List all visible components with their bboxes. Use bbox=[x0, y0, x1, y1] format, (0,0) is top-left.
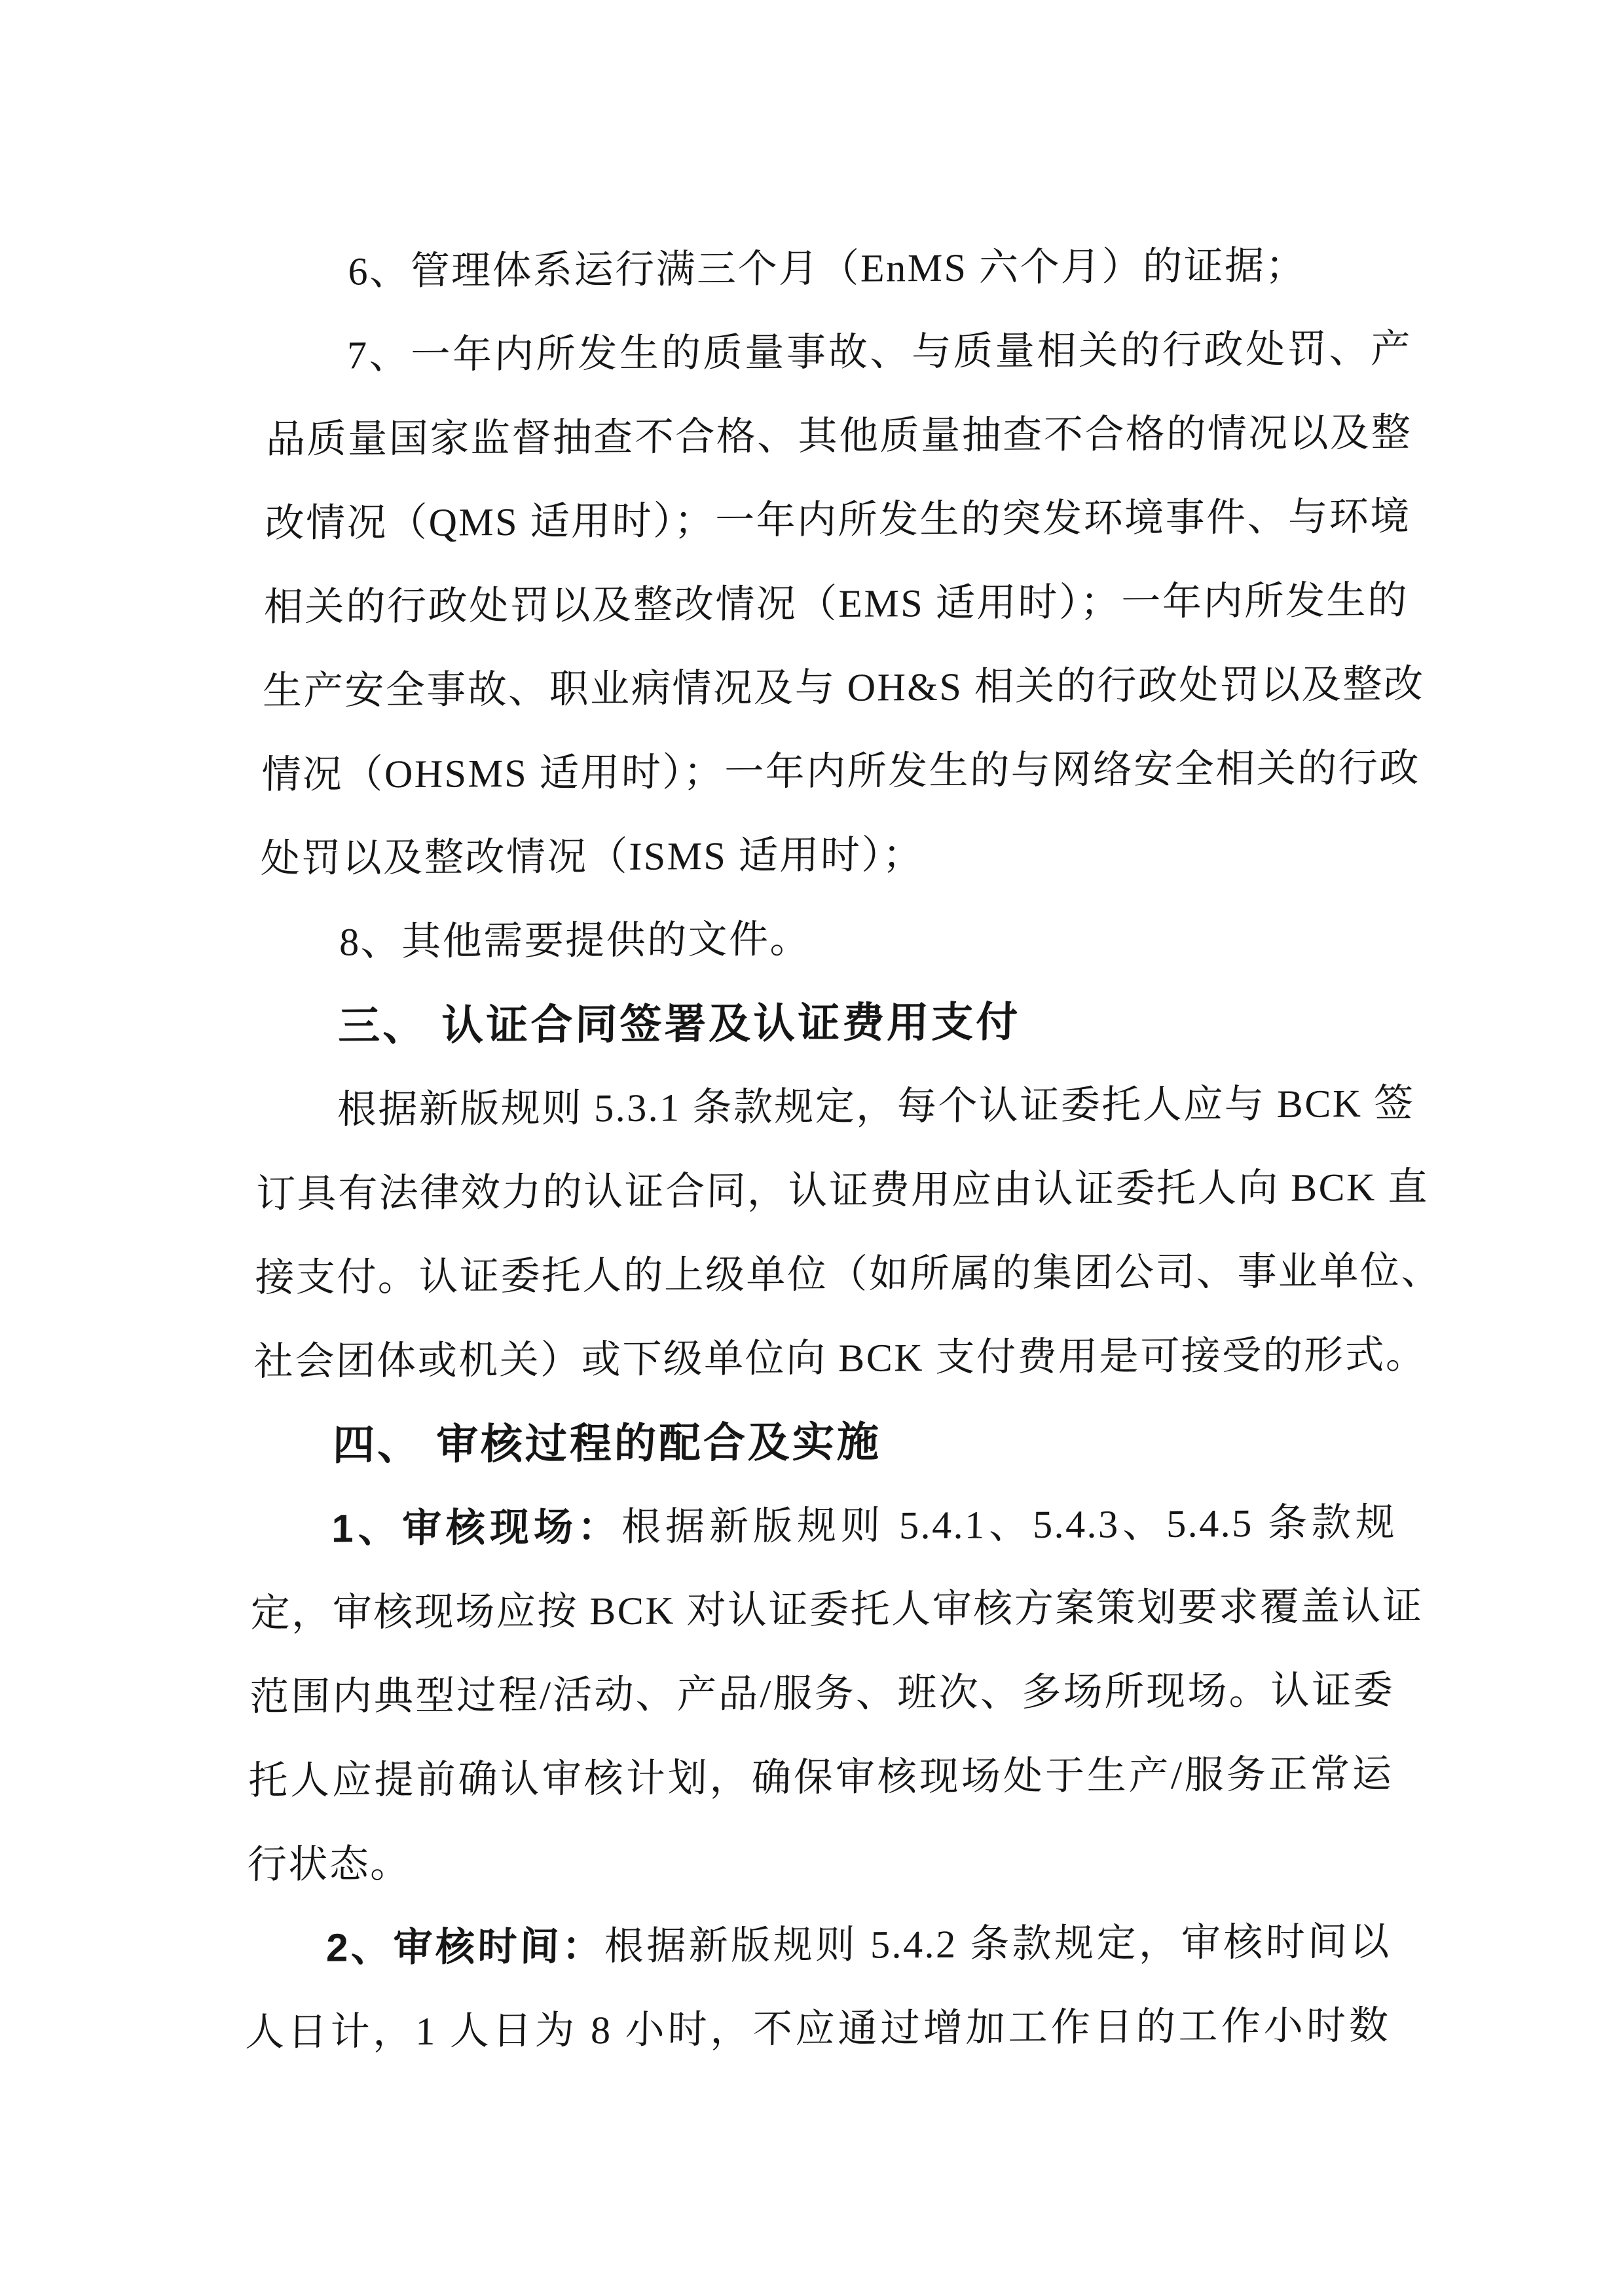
audit-site-line-1-rest: 根据新版规则 5.4.1、5.4.3、5.4.5 条款规 bbox=[621, 1501, 1397, 1549]
section-3-para-line-2: 订具有法律效力的认证合同，认证费用应由认证委托人向 BCK 直 bbox=[255, 1145, 1401, 1236]
audit-time-line-1-rest: 根据新版规则 5.4.2 条款规定，审核时间以 bbox=[604, 1920, 1391, 1968]
item-7-line-7: 处罚以及整改情况（ISMS 适用时）； bbox=[260, 810, 1406, 901]
audit-site-para-line-3: 范围内典型过程/活动、产品/服务、班次、多场所现场。认证委 bbox=[249, 1648, 1395, 1739]
document-page: 6、管理体系运行满三个月（EnMS 六个月）的证据； 7、一年内所发生的质量事故… bbox=[0, 0, 1624, 2296]
page-body: 6、管理体系运行满三个月（EnMS 六个月）的证据； 7、一年内所发生的质量事故… bbox=[245, 223, 1414, 2075]
audit-site-para-line-4: 托人应提前确认审核计划，确保审核现场处于生产/服务正常运 bbox=[248, 1732, 1394, 1823]
audit-site-para-line-1: 1、审核现场：根据新版规则 5.4.1、5.4.3、5.4.5 条款规 bbox=[251, 1481, 1397, 1572]
item-8-line-1: 8、其他需要提供的文件。 bbox=[259, 894, 1405, 985]
item-7-line-2: 品质量国家监督抽查不合格、其他质量抽查不合格的情况以及整 bbox=[265, 391, 1411, 482]
section-3-para-line-3: 接支付。认证委托人的上级单位（如所属的集团公司、事业单位、 bbox=[255, 1229, 1401, 1320]
audit-time-label: 2、审核时间： bbox=[326, 1924, 605, 1970]
item-7-line-4: 相关的行政处罚以及整改情况（EMS 适用时）；一年内所发生的 bbox=[263, 559, 1409, 650]
audit-site-label: 1、审核现场： bbox=[331, 1505, 621, 1551]
item-7-line-5: 生产安全事故、职业病情况及与 OH&S 相关的行政处罚以及整改 bbox=[262, 642, 1408, 733]
section-3-heading: 三、 认证合同签署及认证费用支付 bbox=[258, 978, 1404, 1069]
item-6-line-1: 6、管理体系运行满三个月（EnMS 六个月）的证据； bbox=[268, 223, 1414, 314]
audit-site-para-line-5: 行状态。 bbox=[247, 1816, 1393, 1907]
item-7-line-3: 改情况（QMS 适用时）；一年内所发生的突发环境事件、与环境 bbox=[265, 475, 1411, 566]
section-3-para-line-4: 社会团体或机关）或下级单位向 BCK 支付费用是可接受的形式。 bbox=[253, 1313, 1399, 1404]
audit-site-para-line-2: 定，审核现场应按 BCK 对认证委托人审核方案策划要求覆盖认证 bbox=[250, 1565, 1396, 1656]
audit-time-para-line-1: 2、审核时间：根据新版规则 5.4.2 条款规定，审核时间以 bbox=[246, 1900, 1392, 1991]
audit-time-para-line-2: 人日计，1 人日为 8 小时，不应通过增加工作日的工作小时数 bbox=[245, 1984, 1391, 2075]
section-3-para-line-1: 根据新版规则 5.3.1 条款规定，每个认证委托人应与 BCK 签 bbox=[257, 1062, 1403, 1153]
item-7-line-1: 7、一年内所发生的质量事故、与质量相关的行政处罚、产 bbox=[267, 307, 1412, 398]
item-7-line-6: 情况（OHSMS 适用时）；一年内所发生的与网络安全相关的行政 bbox=[261, 726, 1407, 817]
section-4-heading: 四、 审核过程的配合及实施 bbox=[252, 1397, 1398, 1488]
